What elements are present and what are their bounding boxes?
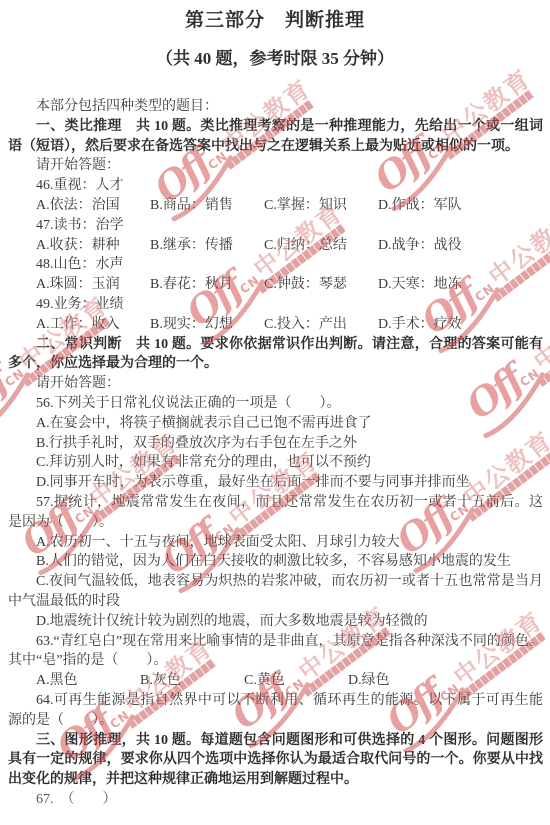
part-title: 第三部分 判断推理: [0, 8, 550, 34]
question-56-option-c: C.拜访别人时，如果有非常充分的理由，也可以不预约: [8, 453, 543, 473]
intro-line: 本部分包括四种类型的题目：: [8, 97, 543, 117]
question-64-stem: 64.可再生能源是指自然界中可以不断利用、循环再生的能源。以下属于可再生能源的是…: [8, 691, 543, 731]
question-63-stem: 63.“青红皂白”现在常用来比喻事情的是非曲直，其原意是指各种深浅不同的颜色。其…: [8, 632, 543, 672]
question-67-stem: 67. （ ）: [8, 790, 543, 810]
section-1-header: 一、类比推理 共 10 题。类比推理考察的是一种推理能力，先给出一个或一组词语（…: [8, 117, 543, 157]
option-a: A.黑色: [36, 671, 140, 691]
question-56-option-a: A.在宴会中，将筷子横搁就表示自己已饱不需再进食了: [8, 414, 543, 434]
section-2-header: 二、常识判断 共 10 题。要求你依据常识作出判断。请注意，合理的答案可能有多个…: [8, 335, 543, 375]
question-56-option-b: B.行拱手礼时，双手的叠放次序为右手包在左手之外: [8, 434, 543, 454]
section-3-header: 三、图形推理，共 10 题。每道题包含问题图形和可供选择的 4 个图形。问题图形…: [8, 731, 543, 790]
option-b: B.现实：幻想: [150, 315, 264, 335]
option-c: C.掌握：知识: [264, 196, 378, 216]
section-1-start-prompt: 请开始答题：: [8, 156, 543, 176]
question-57-stem: 57.据统计，地震常常发生在夜间，而且还常常发生在农历初一或者十五前后。这是因为…: [8, 493, 543, 533]
question-46-stem: 46.重视：人才: [8, 176, 543, 196]
option-a: A.收获：耕种: [36, 236, 150, 256]
option-a: A.珠圆：玉润: [36, 275, 150, 295]
question-57-option-c: C.夜间气温较低，地表容易为炽热的岩浆冲破，而农历初一或者十五也常常是当月中气温…: [8, 572, 543, 612]
question-49-stem: 49.业务：业绩: [8, 295, 543, 315]
question-57-option-b: B.人们的错觉，因为人们在白天接收的刺激比较多，不容易感知小地震的发生: [8, 552, 543, 572]
option-c: C.归纳：总结: [264, 236, 378, 256]
section-2-start-prompt: 请开始答题：: [8, 374, 543, 394]
option-b: B.商品：销售: [150, 196, 264, 216]
option-c: C.钟鼓：琴瑟: [264, 275, 378, 295]
option-d: D.战争：战役: [378, 236, 462, 256]
question-56-option-d: D.同事开车时，为表示尊重，最好坐在后面一排而不要与同事并排而坐: [8, 473, 543, 493]
exam-document-page: 第三部分 判断推理 （共 40 题，参考时限 35 分钟） 本部分包括四种类型的…: [0, 0, 550, 825]
question-49-options: A.工作：收入 B.现实：幻想 C.投入：产出 D.手术：疗效: [8, 315, 543, 335]
question-63-options: A.黑色 B.灰色 C.黄色 D.绿色: [8, 671, 543, 691]
option-d: D.绿色: [348, 671, 390, 691]
option-b: B.灰色: [140, 671, 244, 691]
question-48-stem: 48.山色：水声: [8, 255, 543, 275]
option-b: B.继承：传播: [150, 236, 264, 256]
option-d: D.手术：疗效: [378, 315, 462, 335]
question-56-stem: 56.下列关于日常礼仪说法正确的一项是（ ）。: [8, 394, 543, 414]
question-57-option-d: D.地震统计仅统计较为剧烈的地震，而大多数地震是较为轻微的: [8, 612, 543, 632]
option-c: C.黄色: [244, 671, 348, 691]
question-46-options: A.依法：治国 B.商品：销售 C.掌握：知识 D.作战：军队: [8, 196, 543, 216]
option-a: A.工作：收入: [36, 315, 150, 335]
question-48-options: A.珠圆：玉润 B.春花：秋月 C.钟鼓：琴瑟 D.天寒：地冻: [8, 275, 543, 295]
question-47-stem: 47.读书：治学: [8, 216, 543, 236]
option-d: D.作战：军队: [378, 196, 462, 216]
question-57-option-a: A.农历初一、十五与夜间，地球表面受太阳、月球引力较大: [8, 533, 543, 553]
option-d: D.天寒：地冻: [378, 275, 462, 295]
option-a: A.依法：治国: [36, 196, 150, 216]
question-47-options: A.收获：耕种 B.继承：传播 C.归纳：总结 D.战争：战役: [8, 236, 543, 256]
option-c: C.投入：产出: [264, 315, 378, 335]
document-content: 本部分包括四种类型的题目： 一、类比推理 共 10 题。类比推理考察的是一种推理…: [0, 97, 550, 810]
document-body: 第三部分 判断推理 （共 40 题，参考时限 35 分钟） 本部分包括四种类型的…: [0, 0, 550, 810]
part-subtitle: （共 40 题，参考时限 35 分钟）: [0, 47, 550, 71]
option-b: B.春花：秋月: [150, 275, 264, 295]
